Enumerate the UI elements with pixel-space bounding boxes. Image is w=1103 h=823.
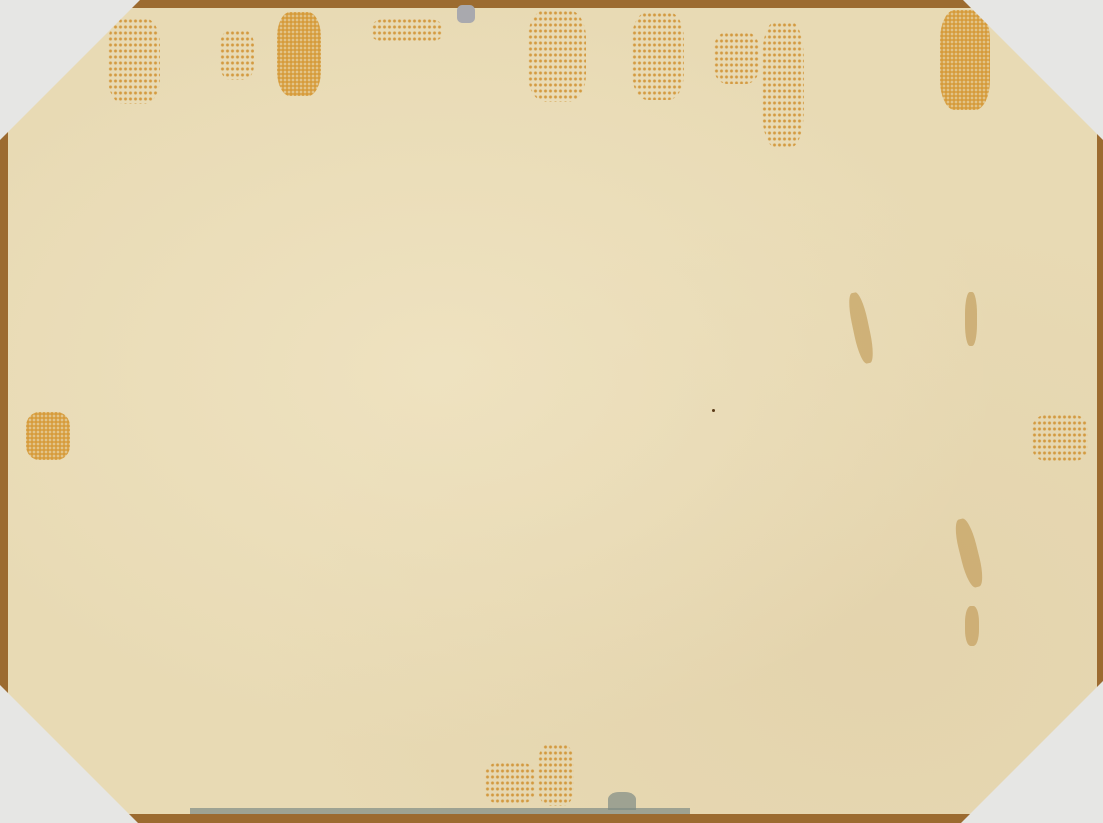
- stain-bottom-1: [485, 762, 535, 804]
- stain-top-1: [108, 18, 160, 104]
- stain-top-9: [940, 10, 990, 110]
- stain-top-3: [277, 12, 321, 96]
- speck: [712, 409, 715, 412]
- stain-top-2: [220, 30, 254, 80]
- stain-right: [1032, 414, 1088, 462]
- grey-tab-top: [457, 5, 475, 23]
- stain-bottom-2: [538, 744, 574, 806]
- paper-sheet: [8, 8, 1097, 814]
- torn-edge-piece: [608, 792, 636, 810]
- tape-residue-4: [965, 606, 979, 646]
- stain-left: [26, 412, 70, 460]
- stain-top-8: [762, 22, 804, 147]
- stain-top-7: [714, 32, 759, 84]
- tape-residue-2: [965, 292, 977, 346]
- stain-top-5: [528, 10, 586, 102]
- stain-top-6: [632, 12, 684, 100]
- stain-top-4: [372, 18, 442, 43]
